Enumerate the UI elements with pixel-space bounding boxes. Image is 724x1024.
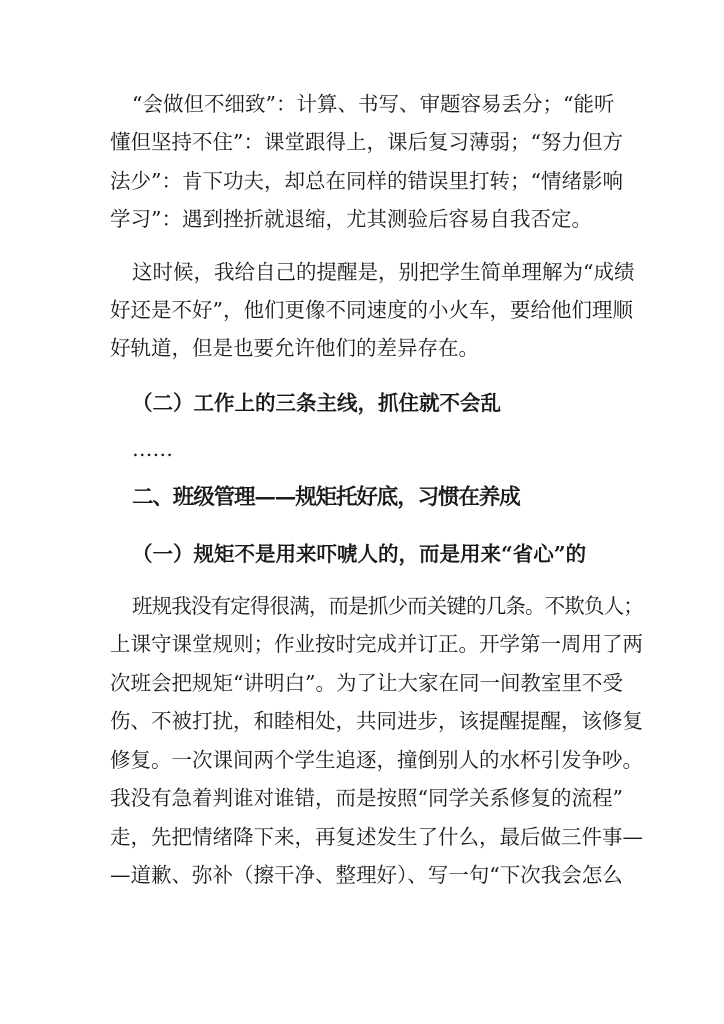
text-line: 这时候，我给自己的提醒是，别把学生简单理解为“成绩 xyxy=(110,253,646,291)
text-line: —道歉、弥补（擦干净、整理好）、写一句“下次我会怎么 xyxy=(110,856,646,894)
text-line: 修复。一次课间两个学生追逐，撞倒别人的水杯引发争吵。 xyxy=(110,741,646,779)
text-line: 法少”：肯下功夫，却总在同样的错误里打转；“情绪影响 xyxy=(110,162,646,200)
text-line: “会做但不细致”：计算、书写、审题容易丢分；“能听 xyxy=(110,85,646,123)
text-line: 学习”：遇到挫折就退缩，尤其测验后容易自我否定。 xyxy=(110,200,646,238)
text-line: （二）工作上的三条主线，抓住就不会乱 xyxy=(110,384,646,422)
document-body: “会做但不细致”：计算、书写、审题容易丢分；“能听懂但坚持不住”：课堂跟得上，课… xyxy=(110,85,646,894)
text-line: 上课守课堂规则；作业按时完成并订正。开学第一周用了两 xyxy=(110,625,646,663)
text-line: 次班会把规矩“讲明白”。为了让大家在同一间教室里不受 xyxy=(110,664,646,702)
text-line: 班规我没有定得很满，而是抓少而关键的几条。不欺负人； xyxy=(110,587,646,625)
text-line: 好还是不好”，他们更像不同速度的小火车，要给他们理顺 xyxy=(110,291,646,329)
heading-three-main-lines: （二）工作上的三条主线，抓住就不会乱 xyxy=(110,384,646,422)
heading-class-management: 二、班级管理——规矩托好底，习惯在养成 xyxy=(110,477,646,519)
ellipsis-line: …… xyxy=(110,430,646,468)
text-line: 二、班级管理——规矩托好底，习惯在养成 xyxy=(110,477,646,519)
paragraph-self-reminder: 这时候，我给自己的提醒是，别把学生简单理解为“成绩好还是不好”，他们更像不同速度… xyxy=(110,253,646,368)
text-line: 伤、不被打扰，和睦相处，共同进步，该提醒提醒，该修复 xyxy=(110,702,646,740)
heading-rules-purpose: （一）规矩不是用来吓唬人的，而是用来“省心”的 xyxy=(110,535,646,573)
text-line: 走，先把情绪降下来，再复述发生了什么，最后做三件事— xyxy=(110,818,646,856)
text-line: 好轨道，但是也要允许他们的差异存在。 xyxy=(110,329,646,367)
text-line: 懂但坚持不住”：课堂跟得上，课后复习薄弱；“努力但方 xyxy=(110,123,646,161)
text-line: 我没有急着判谁对谁错，而是按照“同学关系修复的流程” xyxy=(110,779,646,817)
document-page: “会做但不细致”：计算、书写、审题容易丢分；“能听懂但坚持不住”：课堂跟得上，课… xyxy=(0,0,724,1024)
paragraph-class-rules: 班规我没有定得很满，而是抓少而关键的几条。不欺负人；上课守课堂规则；作业按时完成… xyxy=(110,587,646,894)
paragraph-student-problems: “会做但不细致”：计算、书写、审题容易丢分；“能听懂但坚持不住”：课堂跟得上，课… xyxy=(110,85,646,239)
text-line: …… xyxy=(110,430,646,468)
text-line: （一）规矩不是用来吓唬人的，而是用来“省心”的 xyxy=(110,535,646,573)
